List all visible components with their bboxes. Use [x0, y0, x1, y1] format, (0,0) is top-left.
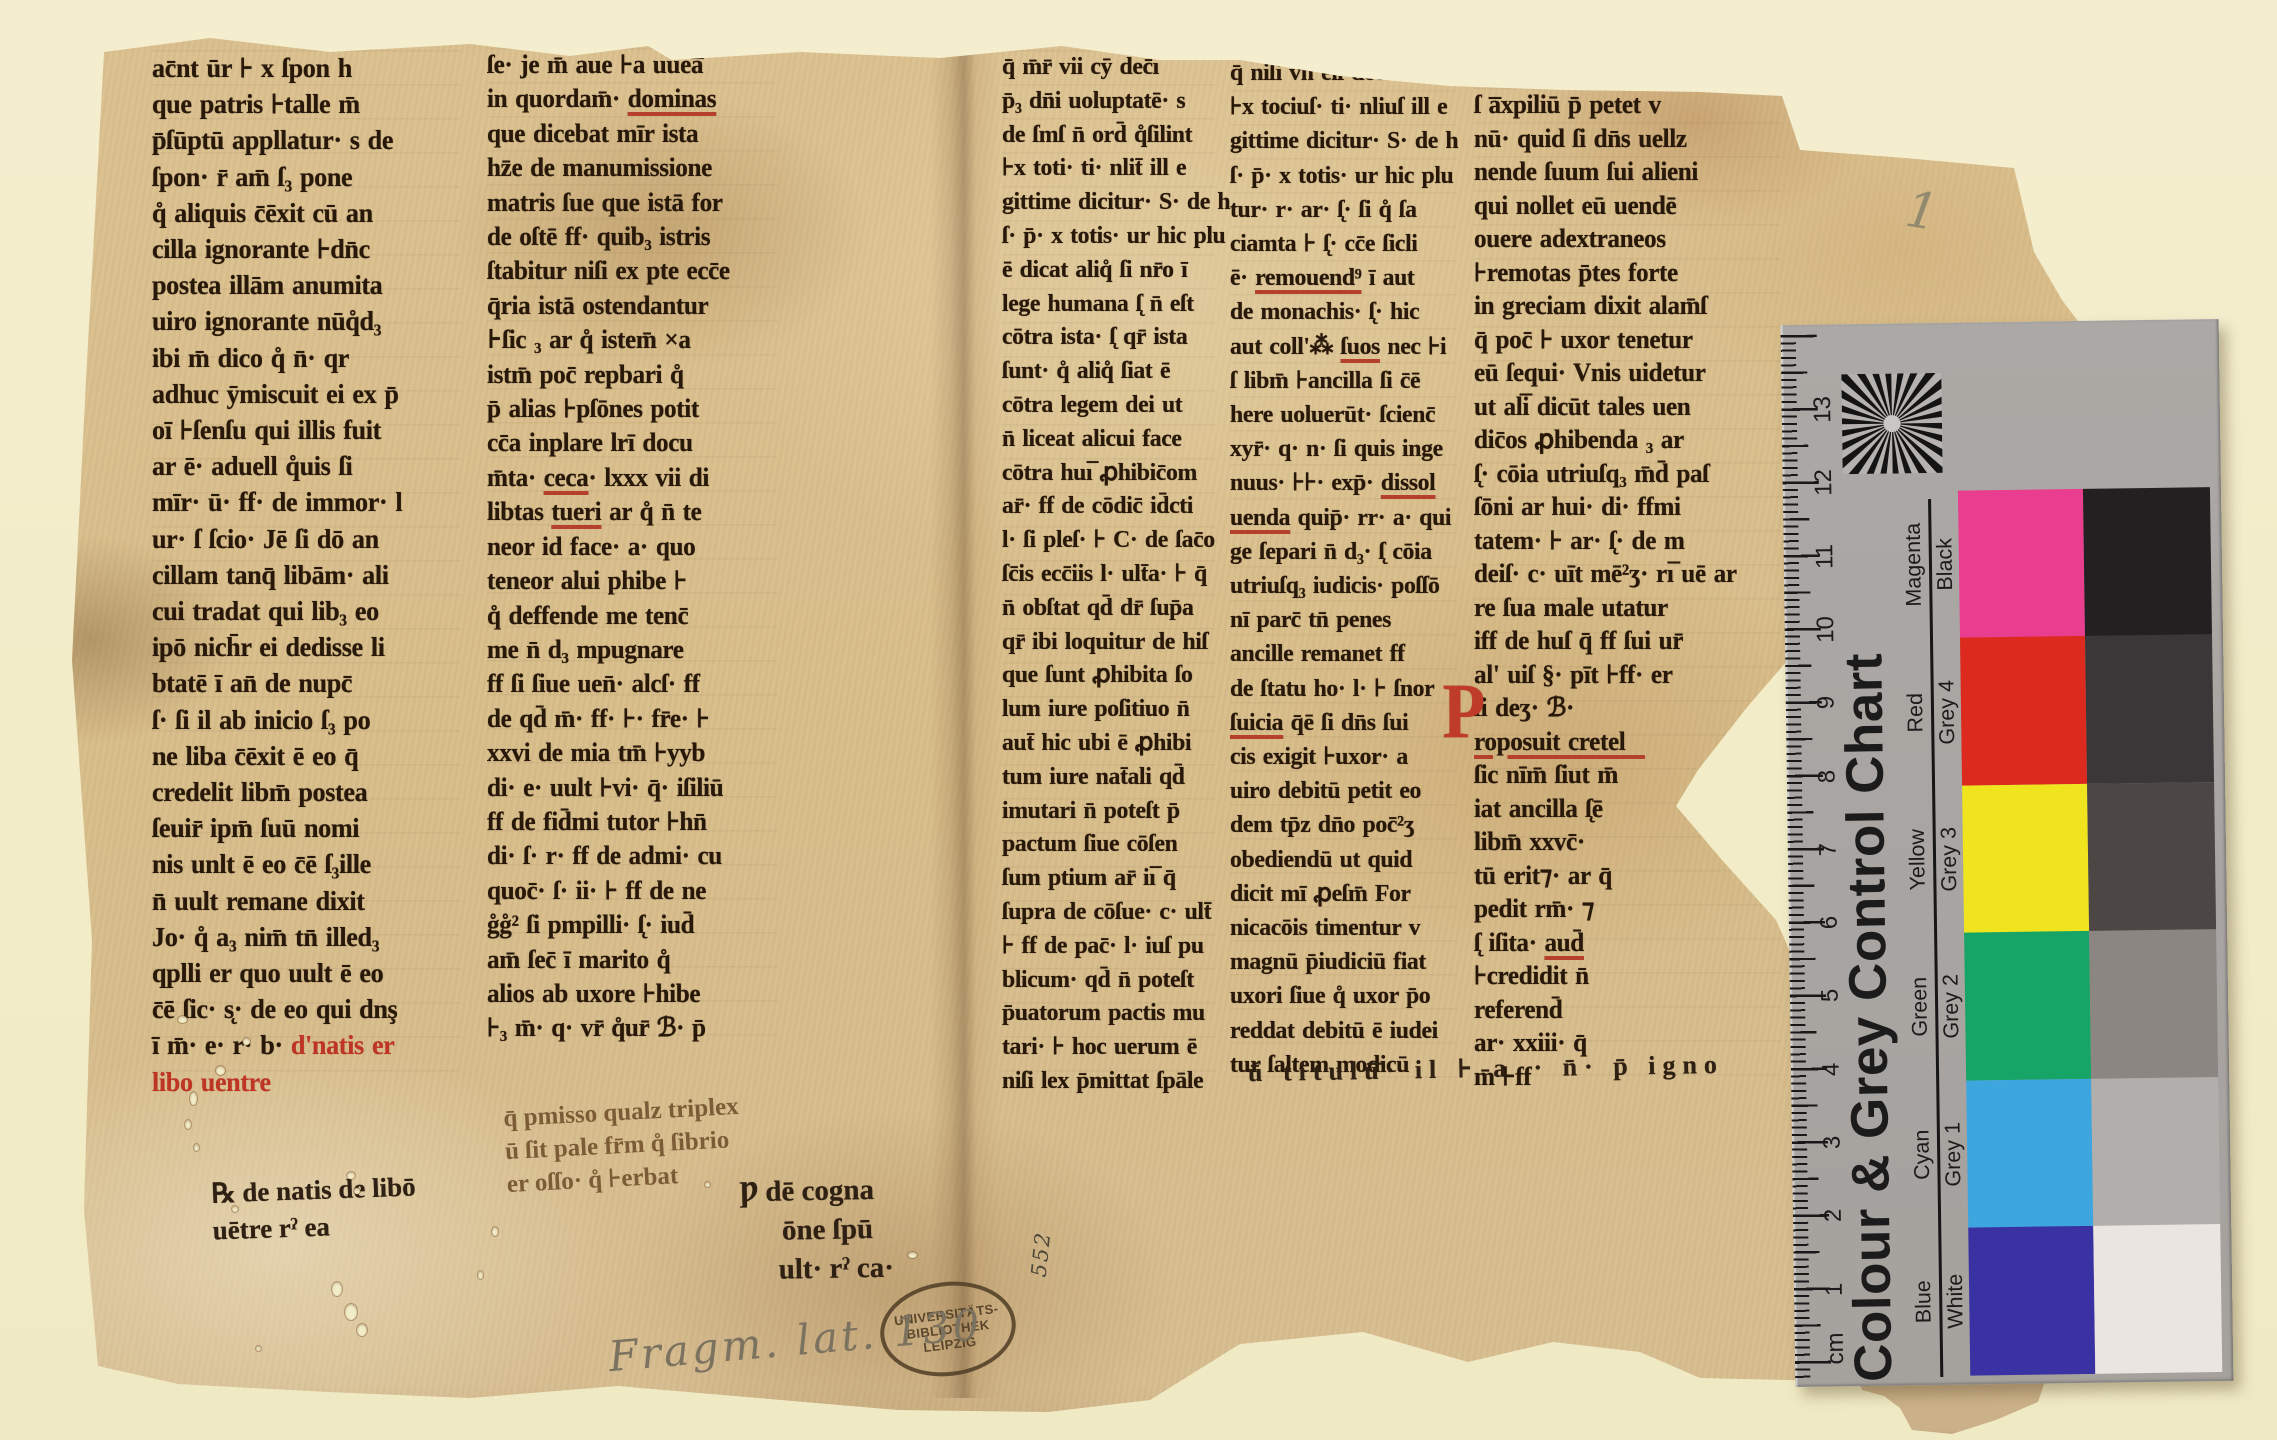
gothic-text: de ſtatu ho· l· ⊦ ſnor [1230, 675, 1434, 702]
wormhole [216, 1066, 225, 1075]
manuscript-line: p̄ alias ⊦pſōnes potit [487, 392, 778, 426]
gothic-text: postea illām anumita [152, 270, 382, 300]
manuscript-line: ſ̨· cōia utriuſq₃ m̄d̄ paſ [1474, 457, 1781, 491]
note-line: Ƿ dē cogna [739, 1171, 893, 1213]
grey-label-grey-2: Grey 2 [1938, 933, 1965, 1081]
rubric-initial-p: P [1442, 672, 1485, 750]
manuscript-line: oī ⊦ſenſu qui illis fuit [152, 412, 460, 448]
manuscript-line: m̄ta· ceca· lxxx vii di [487, 461, 778, 495]
manuscript-line: de qd̄ m̄· ff· ⊦· fr̄e· ⊦ [487, 702, 778, 736]
manuscript-line: ⊦ſic ₃ ar q̊ istem̄ ×a᷑ [487, 323, 778, 357]
wormhole [243, 1038, 250, 1045]
manuscript-line: xyr̄· q· n· ſi quis inge [1230, 432, 1457, 466]
patch-red [1960, 636, 2087, 786]
manuscript-line: quoc̄· ſ· ii· ⊦ ff de ne [487, 874, 778, 908]
note-line: ℞ de natis de libō [211, 1168, 416, 1212]
gothic-text: istm̄ poc̄ repbari q̊ [487, 360, 684, 389]
ruler-number-text: 13 [1809, 396, 1837, 423]
manuscript-line: nende ſuum ſui alieni [1474, 155, 1781, 189]
patch-grey-2 [2089, 929, 2218, 1079]
gothic-text: cōtra legem dei ut [1002, 391, 1182, 418]
gothic-text: g̊g̊² ſi pmpilli· ſ̨· iud̄ [487, 910, 694, 939]
gothic-text: nicacōis timentur v [1230, 914, 1420, 941]
manuscript-line: gittime dicitur· S· de h [1002, 185, 1215, 219]
gothic-text: ī aut [1361, 264, 1414, 291]
gothic-text: de monachis· ſ̨· hic [1230, 298, 1419, 325]
patch-black [2083, 487, 2212, 637]
patch-grey-3 [2087, 782, 2216, 932]
gothic-text: ult· rˀ ca· [778, 1252, 894, 1286]
gothic-text: de qd̄ m̄· ff· ⊦· fr̄e· ⊦ [487, 704, 709, 733]
manuscript-line: ⊦x tociuſ· ti· nliuſ ill e [1230, 90, 1457, 124]
gothic-text: reddat debitū ē iudei [1230, 1017, 1438, 1044]
color-label-magenta: Magenta [1899, 491, 1929, 639]
text-column-3: q̄ m̄r̄ vii cȳ dec̄ı̅p̄₃ dn̄i uoluptatē·… [1002, 50, 1215, 1098]
manuscript-line: q̊ aliquis c̄ēxit cū an [152, 195, 460, 231]
gothic-text: in greciam dixit alam̄ſ [1474, 291, 1707, 320]
patch-blue [1968, 1226, 2095, 1376]
gothic-text: ⊦x toti· ti· nlit̄ ill e [1002, 154, 1186, 181]
gothic-text: p̄ſūptū appllatur· s de [152, 125, 393, 155]
gothic-text: ē· [1230, 264, 1255, 291]
gothic-text: ſpon· r̄ am̄ ſ₃ pone [152, 162, 352, 192]
manuscript-line: de oſtē ff· quib₃ istris [487, 220, 778, 254]
manuscript-line: ar ē· aduell q̊uis ſi [152, 448, 460, 484]
manuscript-line: de ſmſ n̄ ord̄ q̊ſilint [1002, 118, 1215, 152]
patch-green [1964, 931, 2091, 1081]
gothic-text: p̄₃ dn̄i uoluptatē· s [1002, 87, 1185, 114]
gothic-text: xxvi de mia tm̄ ⊦yyb [487, 738, 705, 767]
manuscript-line: matris ſue que istā for [487, 186, 778, 220]
gothic-text: ⊦x tociuſ· ti· nliuſ ill e [1230, 93, 1447, 120]
gothic-text: pactum ſiue cōſen [1002, 830, 1178, 857]
gothic-text: n̄ uult remane dixit [152, 886, 365, 916]
gothic-text: cōtra ista· ſ̨ qr̄ ista [1002, 323, 1187, 350]
gothic-text: ancille remanet ff [1230, 640, 1405, 667]
manuscript-line: ⊦₃ m̄· q· vr̄ q̊ur̄ ℬ· p̄ [487, 1011, 778, 1045]
gothic-text: niſi lex p̄mittat ſpāle [1002, 1067, 1203, 1094]
manuscript-line: q̄ poc̄ ⊦ uxor tenetur [1474, 323, 1781, 357]
grey-label-text: Grey 4 [1935, 679, 1961, 744]
manuscript-line: cōtra legem dei ut [1002, 388, 1215, 422]
manuscript-line: ſuicia q̄ē ſi dn̄s ſui [1230, 706, 1457, 740]
gothic-text: ſ· p̄· x totis· ur hic plu [1230, 162, 1453, 189]
grey-label-text: Grey 1 [1941, 1122, 1967, 1187]
manuscript-line: neor id face· a· quo [487, 530, 778, 564]
rubric-text: uenda [1230, 504, 1290, 531]
gothic-text: p̄uatorum pactis mu [1002, 999, 1205, 1026]
manuscript-line: di· ſ· r· ff de admi· cu [487, 839, 778, 873]
rubric-text: tueri [551, 497, 601, 526]
gothic-text: btatē ī an̄ de nupc̄ [152, 668, 352, 698]
manuscript-line: alios ab uxore ⊦hibe [487, 977, 778, 1011]
gothic-text: ut ali̅ dicūt tales uen [1474, 392, 1690, 421]
gothic-text: eū ſequi· Vnis uidetur [1474, 358, 1706, 387]
manuscript-line: ne liba c̄ēxit ē eo q̄ [152, 738, 460, 774]
manuscript-line: eū ſequi· Vnis uidetur [1474, 356, 1781, 390]
gothic-text: Jo· q̊ a₃ nim̄ tn̄ illed₃ [152, 922, 379, 952]
gothic-text: cis exigit ⊦uxor· a [1230, 743, 1408, 770]
manuscript-line: nī parc̄ tn̄ penes [1230, 603, 1457, 637]
gothic-text: nec ⊦i [1380, 333, 1446, 360]
manuscript-line: qr̄ ibi loquitur de hiſ [1002, 625, 1215, 659]
manuscript-line: que dicebat mīr ista [487, 117, 778, 151]
manuscript-line: ſtabitur niſi ex pte ecc̄e [487, 254, 778, 288]
gothic-text: di· ſ· r· ff de admi· cu [487, 841, 722, 870]
patch-grey-1 [2091, 1077, 2220, 1227]
gothic-text: ℞ de natis de libō [211, 1171, 416, 1208]
gothic-text: cōtra huı̅ ꝓhibic̄om [1002, 459, 1197, 486]
color-label-red: Red [1901, 638, 1931, 786]
gothic-text: qplli er quo uult ē eo [152, 958, 383, 988]
manuscript-line: ſi deʒ· ℬ· [1474, 691, 1781, 725]
text-column-1: ac̄nt ūr ⊦ x ſpon hque patris ⊦talle m̄p… [152, 50, 460, 1100]
manuscript-line: ē dicat aliq̊ ſi nr̄o ī [1002, 253, 1215, 287]
manuscript-line: l· ſi pleſ· ⊦ C· de ſac̄o [1002, 523, 1215, 557]
gothic-text: gittime dicitur· S· de h [1230, 127, 1458, 154]
manuscript-line: ouere adextraneos [1474, 222, 1781, 256]
gothic-text: ⊦remotas p̄tes forte [1474, 258, 1678, 287]
gothic-text: ⊦credidit n̄ [1474, 961, 1589, 990]
gothic-text: utriuſq₃ iudicis· poſſō [1230, 572, 1439, 599]
folio-number-pencil: 1 [1902, 180, 1942, 242]
manuscript-line: imutari n̄ poteſt p̄ [1002, 794, 1215, 828]
gothic-text: ⊦ ff de pac̄· l· iuſ pu [1002, 932, 1204, 959]
manuscript-line: ut ali̅ dicūt tales uen [1474, 390, 1781, 424]
manuscript-line: q̄ria istā ostendantur [487, 289, 778, 323]
manuscript-line: ar̄· ff de cōdic̄ id̄cti [1002, 489, 1215, 523]
manuscript-line: nicacōis timentur v [1230, 911, 1457, 945]
gothic-text: ſunt· q̊ aliq̊ ſiat ē [1002, 357, 1170, 384]
manuscript-line: n̄ uult remane dixit [152, 883, 460, 919]
manuscript-line: ſeuir̄ ipm̄ ſuū nomi [152, 810, 460, 846]
manuscript-line: tum iure nat̄ali qd̄ [1002, 760, 1215, 794]
gothic-text: qr̄ ibi loquitur de hiſ [1002, 628, 1208, 655]
manuscript-line: uiro ignorante nūq̊d₃ [152, 303, 460, 339]
gothic-text: q̊ aliquis c̄ēxit cū an [152, 198, 373, 228]
manuscript-line: nū· quid ſi dn̄s uellz [1474, 122, 1781, 156]
gothic-text: que dicebat mīr ista [487, 119, 698, 148]
manuscript-line: nis unlt ē eo c̄ē ſ₃ille [152, 846, 460, 882]
note-line: uētre rˀ ea [212, 1205, 417, 1249]
gothic-text: q̄ē ſi dn̄s ſui [1283, 709, 1408, 736]
gothic-text: l· ſi pleſ· ⊦ C· de ſac̄o [1002, 526, 1215, 553]
rubric-text: aud̄ [1544, 928, 1584, 957]
gothic-text: tari· ⊦ hoc uerum ē [1002, 1033, 1197, 1060]
manuscript-line: tari· ⊦ hoc uerum ē [1002, 1030, 1215, 1064]
wormhole [194, 1144, 199, 1151]
gothic-text: quip̄· rr· a· qui [1290, 504, 1451, 531]
photo-stage: ac̄nt ūr ⊦ x ſpon hque patris ⊦talle m̄p… [0, 0, 2277, 1440]
gothic-text: ſ̨· cōia utriuſq₃ m̄d̄ paſ [1474, 459, 1709, 488]
gothic-text: n̄ liceat alicui face [1002, 425, 1182, 452]
manuscript-line: qui nollet eū uendē [1474, 189, 1781, 223]
gothic-text: nis unlt ē eo c̄ē ſ₃ille [152, 849, 371, 879]
gothic-text: cc̄a inplare lrī docu [487, 428, 693, 457]
gothic-text: xyr̄· q· n· ſi quis inge [1230, 435, 1443, 462]
manuscript-line: ⊦x toti· ti· nlit̄ ill e [1002, 151, 1215, 185]
manuscript-line: ſupra de cōſue· c· ult̄ [1002, 895, 1215, 929]
rubric-text: ſuicia [1230, 709, 1283, 736]
manuscript-line: ancille remanet ff [1230, 637, 1457, 671]
manuscript-line: g̊g̊² ſi pmpilli· ſ̨· iud̄ [487, 908, 778, 942]
manuscript-line: postea illām anumita [152, 267, 460, 303]
color-label-text: Green [1907, 977, 1933, 1037]
manuscript-line: pactum ſiue cōſen [1002, 827, 1215, 861]
rubric-text: dissol [1381, 469, 1435, 496]
gothic-text: tur· r· ar· ſ̨· ſi q̊ ſa [1230, 196, 1417, 223]
gothic-text: de ſmſ n̄ ord̄ q̊ſilint [1002, 121, 1192, 148]
gothic-text: uētre rˀ ea [212, 1211, 330, 1245]
manuscript-line: gittime dicitur· S· de h [1230, 124, 1457, 158]
manuscript-line: adhuc ȳmiscuit ei ex p̄ [152, 376, 460, 412]
manuscript-line: tū erit⁊· ar q̄ [1474, 859, 1781, 893]
note-line: ult· rˀ ca· [778, 1249, 894, 1290]
gothic-text: ſum ptium ar̄ iı̅ q̄ [1002, 864, 1176, 891]
gothic-text: credelit libm̄ postea [152, 777, 367, 807]
ruler-number: 13 [1805, 387, 1840, 431]
chart-title: Colour & Grey Control Chart [1832, 562, 1901, 1383]
manuscript-line: in quordam̄· dominas [487, 82, 778, 116]
gothic-text: q̄ poc̄ ⊦ uxor tenetur [1474, 325, 1693, 354]
manuscript-line: here uoluerūt· ſcienc̄ [1230, 398, 1457, 432]
gothic-text: cilla ignorante ⊦dn̄c [152, 234, 370, 264]
gothic-text: n̄ obſtat qd̄ dr̄ ſup̄a [1002, 594, 1193, 621]
manuscript-line: qplli er quo uult ē eo [152, 955, 460, 991]
gothic-text: tatem· ⊦ ar· ſ̨· de m [1474, 526, 1684, 555]
grey-label-text: Grey 3 [1937, 827, 1963, 892]
wormhole [232, 1206, 238, 1212]
gothic-text: libm̄ xxvc̄· [1474, 827, 1585, 856]
gothic-text: ſōni ar hui· di· ffmi [1474, 492, 1681, 521]
manuscript-line: cc̄a inplare lrī docu [487, 426, 778, 460]
manuscript-line: p̄ſūptū appllatur· s de [152, 122, 460, 158]
manuscript-line: dicit mī ꝓeſm̄ For [1230, 877, 1457, 911]
wormhole [178, 1016, 187, 1023]
wormhole [478, 1271, 483, 1279]
gothic-text: ſi deʒ· ℬ· [1474, 693, 1574, 722]
gothic-text: pedit rm̄· ⁊ [1474, 894, 1594, 923]
manuscript-line: utriuſq₃ iudicis· poſſō [1230, 569, 1457, 603]
manuscript-line: ſ a̅xpiliū p̄̄ petet v [1474, 88, 1781, 122]
gothic-text: aut coll'⁂ [1230, 333, 1341, 360]
gothic-text: qui nollet eū uendē [1474, 191, 1676, 220]
manuscript-line: lege humana ſ̨ n̄ eſt [1002, 287, 1215, 321]
gothic-text: de oſtē ff· quib₃ istris [487, 222, 710, 251]
manuscript-line: ſ· p̄· x totis· ur hic plu [1230, 159, 1457, 193]
manuscript-line: ſe· je m̄ aue ⊦a uuea̅ [487, 48, 778, 82]
gothic-text: ff de fid̄mi tutor ⊦hn̄ [487, 807, 707, 836]
gothic-text: ibi m̄ dico q̊ n̄· qr [152, 343, 349, 373]
manuscript-line: btatē ī an̄ de nupc̄ [152, 665, 460, 701]
gothic-text: am̄ ſec̄ ī marito q̊ [487, 945, 670, 974]
color-label-text: Blue [1911, 1280, 1937, 1323]
manuscript-line: nuus· ⊦⊦· exp̄· dissol [1230, 466, 1457, 500]
manuscript-line: cōtra huı̅ ꝓhibic̄om [1002, 456, 1215, 490]
manuscript-line: de monachis· ſ̨· hic [1230, 295, 1457, 329]
manuscript-line: ⊦remotas p̄tes forte [1474, 256, 1781, 290]
gothic-text: here uoluerūt· ſcienc̄ [1230, 401, 1435, 428]
gothic-text: ar q̊ n̄ te [601, 497, 701, 526]
text-column-4: q̄ niſi vn̄ eiſ dec̄it⊦x tociuſ· ti· nli… [1230, 56, 1457, 1082]
grey-label-grey-1: Grey 1 [1940, 1080, 1967, 1228]
patch-magenta [1958, 489, 2085, 639]
manuscript-line: que ſunt ꝓhibita ſo [1002, 658, 1215, 692]
gothic-text: ouere adextraneos [1474, 224, 1666, 253]
patch-white [2093, 1224, 2222, 1374]
gothic-text: matris ſue que istā for [487, 188, 723, 217]
siemens-star-icon [1841, 373, 1942, 479]
rubric-text: remouend⁹ [1255, 264, 1361, 291]
manuscript-line: uiro debitū petit eo [1230, 774, 1457, 808]
gothic-text: ſ libm̄ ⊦ancilla ſi c̄ē [1230, 367, 1420, 394]
gothic-text: que patris ⊦talle m̄ [152, 89, 360, 119]
manuscript-line: q̊ deffende me tenc̄ [487, 599, 778, 633]
gothic-text: nū· quid ſi dn̄s uellz [1474, 124, 1687, 153]
manuscript-line: am̄ ſec̄ ī marito q̊ [487, 943, 778, 977]
gothic-text: deiſ· c· uīt mē²ʒ· rı̅ uē ar [1474, 559, 1737, 588]
manuscript-line: dem tp̄z dn̄o poc̄²ʒ [1230, 808, 1457, 842]
manuscript-line: cillam tanq̄ libām· ali [152, 557, 460, 593]
gothic-text: ſ̨ iſita· [1474, 928, 1544, 957]
manuscript-line: roposuit cretel᷑ [1474, 725, 1781, 759]
wormhole [705, 1182, 710, 1187]
gothic-text: referend̄ [1474, 995, 1562, 1024]
gothic-text: q̊ deffende me tenc̄ [487, 601, 688, 630]
manuscript-line: ciamta ⊦ ſ̨· cc̄e ſicli [1230, 227, 1457, 261]
gothic-text: quoc̄· ſ· ii· ⊦ ff de ne [487, 876, 706, 905]
gothic-text: libtas [487, 497, 551, 526]
gothic-text: imutari n̄ poteſt p̄ [1002, 797, 1180, 824]
gothic-text: di· e· uult ⊦vi· q̄· iſiliū [487, 773, 723, 802]
manuscript-line: blicum· qd̄ n̄ poteſt [1002, 963, 1215, 997]
wormhole [190, 1092, 197, 1105]
text-column-5: ſ a̅xpiliū p̄̄ petet vnū· quid ſi dn̄s u… [1474, 88, 1781, 1093]
manuscript-line: libm̄ xxvc̄· [1474, 825, 1781, 859]
gothic-text: lum iure poſitiuo n̄ [1002, 695, 1190, 722]
manuscript-line: magnū p̄iudiciū fiat [1230, 945, 1457, 979]
gothic-text: blicum· qd̄ n̄ poteſt [1002, 966, 1194, 993]
gothic-text: ſ· p̄· x totis· ur hic plu [1002, 222, 1225, 249]
gothic-text: iat ancilla ſ̨ē [1474, 794, 1603, 823]
color-label-blue: Blue [1909, 1228, 1939, 1376]
gothic-text: ſ a̅xpiliū p̄̄ petet v [1474, 90, 1661, 119]
manuscript-line: ipō nich̄r ei dedisse li [152, 629, 460, 665]
manuscript-line: ur· ſ ſcio· Jē ſi dō an [152, 521, 460, 557]
manuscript-line: aut coll'⁂ ſuos nec ⊦i [1230, 330, 1457, 364]
rubric-text: ceca [544, 463, 589, 492]
gothic-text: me n̄ d₃ mpugnare [487, 635, 684, 664]
note-center-bottom: Ƿ dē cognaōne ſpūult· rˀ ca· [739, 1171, 894, 1291]
gothic-text: iff de huſ q̄ ff ſui ur̄ [1474, 626, 1683, 655]
color-label-yellow: Yellow [1903, 786, 1933, 934]
gothic-text: nī parc̄ tn̄ penes [1230, 606, 1391, 633]
colour-control-chart: 13121110987654321 Colour & Grey Control … [1781, 319, 2234, 1387]
gothic-text: ar ē· aduell q̊uis ſi [152, 451, 352, 481]
manuscript-line: q̄ m̄r̄ vii cȳ dec̄ı̅ [1002, 50, 1215, 84]
wormhole [256, 1346, 261, 1351]
grey-label-grey-3: Grey 3 [1936, 785, 1963, 933]
gothic-text: adhuc ȳmiscuit ei ex p̄ [152, 379, 399, 409]
manuscript-line: in greciam dixit alam̄ſ [1474, 289, 1781, 323]
manuscript-line: uxori ſiue q̊ uxor p̄o [1230, 979, 1457, 1013]
gothic-text: ⊦ſic ₃ ar q̊ istem̄ ×a᷑ [487, 325, 710, 354]
gothic-text: aut̄ hic ubi ē ꝓhibi [1002, 729, 1191, 756]
grey-label-white: White [1942, 1228, 1969, 1376]
manuscript-line: uenda quip̄· rr· a· qui [1230, 501, 1457, 535]
gothic-text: que ſunt ꝓhibita ſo [1002, 661, 1193, 688]
manuscript-line: Jo· q̊ a₃ nim̄ tn̄ illed₃ [152, 919, 460, 955]
color-label-text: Cyan [1909, 1129, 1935, 1180]
manuscript-line: ē· remouend⁹ ī aut [1230, 261, 1457, 295]
grey-label-text: Black [1933, 538, 1959, 591]
unit-label: cm [1819, 1326, 1854, 1370]
manuscript-line: q̄ niſi vn̄ eiſ dec̄it [1230, 56, 1457, 90]
manuscript-line: aut̄ hic ubi ē ꝓhibi [1002, 726, 1215, 760]
manuscript-line: al' uiſ §· pīt ⊦ff· er [1474, 658, 1781, 692]
manuscript-line: de ſtatu ho· l· ⊦ ſnor [1230, 672, 1457, 706]
gothic-text: ū titulū̄· il ⊦ a᷑· n̄· p̄ igno [1248, 1050, 1724, 1087]
gothic-text: mīr· ū· ff· de immor· l [152, 487, 402, 517]
gothic-text: ſupra de cōſue· c· ult̄ [1002, 898, 1211, 925]
rubric-text: roposuit cretel᷑ [1474, 727, 1645, 756]
gothic-text: q̄ niſi vn̄ eiſ dec̄it [1230, 59, 1398, 86]
wormhole [347, 1172, 355, 1179]
manuscript-line: ī m̄· e· r· b· d'natis er [152, 1027, 460, 1063]
gothic-text: ff ſi ſiue uen̄· alcſ· ff [487, 669, 700, 698]
gothic-text: ē dicat aliq̊ ſi nr̄o ī [1002, 256, 1187, 283]
gothic-text: tū erit⁊· ar q̄ [1474, 861, 1612, 890]
manuscript-line: mīr· ū· ff· de immor· l [152, 484, 460, 520]
gothic-text: ōne ſpū [782, 1213, 874, 1247]
gothic-text: neor id face· a· quo [487, 532, 695, 561]
grey-label-grey-4: Grey 4 [1934, 638, 1961, 786]
manuscript-line: ſc̄is ecc̄iis l· ult̄a· ⊦ q̄ [1002, 557, 1215, 591]
note-line: ōne ſpū [782, 1210, 894, 1251]
manuscript-line: re ſua male utatur [1474, 591, 1781, 625]
gothic-text: er oſſo· q̊ ⊦erbat [506, 1162, 679, 1198]
gothic-text: p̄ alias ⊦pſōnes potit [487, 394, 699, 423]
gothic-text: magnū p̄iudiciū fiat [1230, 948, 1426, 975]
wormhole [357, 1324, 367, 1336]
gothic-text: tum iure nat̄ali qd̄ [1002, 763, 1185, 790]
gothic-text: ur· ſ ſcio· Jē ſi dō an [152, 524, 379, 554]
gothic-text: ſtabitur niſi ex pte ecc̄e [487, 256, 730, 285]
gothic-text: ī m̄· e· r· b· [152, 1030, 291, 1060]
manuscript-line: ibi m̄ dico q̊ n̄· qr [152, 340, 460, 376]
manuscript-line: iat ancilla ſ̨ē [1474, 792, 1781, 826]
gothic-text: Ƿ dē cogna [739, 1174, 874, 1208]
manuscript-line: niſi lex p̄mittat ſpāle [1002, 1064, 1215, 1098]
wormhole [354, 1188, 360, 1194]
fold-crease [930, 50, 1000, 1398]
gothic-text: ar̄· ff de cōdic̄ id̄cti [1002, 492, 1193, 519]
color-label-text: Red [1903, 692, 1929, 732]
gothic-text: gittime dicitur· S· de h [1002, 188, 1230, 215]
gothic-text: ſe· je m̄ aue ⊦a uuea̅ [487, 50, 703, 79]
manuscript-line: deiſ· c· uīt mē²ʒ· rı̅ uē ar [1474, 557, 1781, 591]
gothic-text: alios ab uxore ⊦hibe [487, 979, 700, 1008]
rubric-text: dominas [628, 84, 716, 113]
manuscript-line: n̄ liceat alicui face [1002, 422, 1215, 456]
manuscript-line: cilla ignorante ⊦dn̄c [152, 231, 460, 267]
rubric-text: libo uentre [152, 1067, 271, 1097]
gothic-text: q̄ m̄r̄ vii cȳ dec̄ı̅ [1002, 53, 1159, 80]
gothic-text: ac̄nt ūr ⊦ x ſpon h [152, 53, 352, 83]
manuscript-line: ac̄nt ūr ⊦ x ſpon h [152, 50, 460, 86]
gothic-text: ſc̄is ecc̄iis l· ult̄a· ⊦ q̄ [1002, 560, 1207, 587]
gothic-text: uiro debitū petit eo [1230, 777, 1421, 804]
